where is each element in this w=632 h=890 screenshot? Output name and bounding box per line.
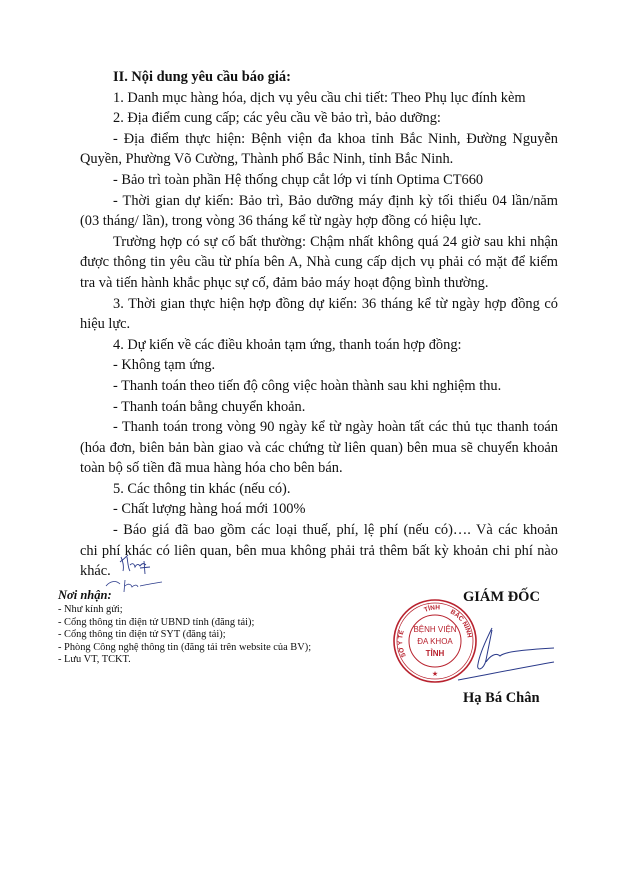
body-line: - Thời gian dự kiến: Bảo trì, Bảo dưỡng … (80, 191, 558, 212)
body-line: - Địa điểm thực hiện: Bệnh viện đa khoa … (80, 129, 558, 150)
signer-name: Hạ Bá Chân (463, 690, 540, 707)
director-signature (450, 622, 560, 682)
body-line: - Không tạm ứng. (80, 355, 558, 376)
body-line: (03 tháng/ lần), trong vòng 36 tháng kể … (80, 211, 558, 232)
body-line: 4. Dự kiến về các điều khoản tạm ứng, th… (80, 335, 558, 356)
stamp-outer-top: TỈNH (423, 603, 440, 613)
recipients-title: Nơi nhận: (58, 588, 311, 604)
stamp-star-icon: ★ (432, 670, 438, 678)
body-line: - Bảo trì toàn phần Hệ thống chụp cắt lớ… (80, 170, 558, 191)
recipient-item: - Phòng Công nghệ thông tin (đăng tải tr… (58, 642, 311, 655)
body-line: 5. Các thông tin khác (nếu có). (80, 479, 558, 500)
initials-signature (118, 553, 154, 575)
body-line: tra và tiến hành khắc phục sự cố, đảm bả… (80, 273, 558, 294)
body-line: 1. Danh mục hàng hóa, dịch vụ yêu cầu ch… (80, 88, 558, 109)
recipient-item: - Lưu VT, TCKT. (58, 654, 311, 667)
stamp-inner-line: ĐA KHOA (417, 637, 453, 646)
recipient-item: - Cổng thông tin điện tử SYT (đăng tải); (58, 629, 311, 642)
body-line: - Thanh toán trong vòng 90 ngày kể từ ng… (80, 417, 558, 438)
body-line: (hóa đơn, biên bản bàn giao và các chứng… (80, 438, 558, 459)
body-line: - Thanh toán theo tiến độ công việc hoàn… (80, 376, 558, 397)
body-line: Quyền, Phường Võ Cường, Thành phố Bắc Ni… (80, 149, 558, 170)
body-line: 3. Thời gian thực hiện hợp đồng dự kiến:… (80, 294, 558, 315)
recipients-block: Nơi nhận: - Như kính gửi;- Cổng thông ti… (58, 588, 311, 667)
svg-text:TỈNH: TỈNH (423, 603, 440, 613)
body-line: toàn bộ số tiền đã mua hàng hóa cho bên … (80, 458, 558, 479)
stamp-inner-line: TỈNH (426, 649, 445, 658)
quotation-requirements-section: II. Nội dung yêu cầu báo giá: 1. Danh mụ… (80, 67, 558, 582)
body-line: - Chất lượng hàng hoá mới 100% (80, 499, 558, 520)
body-line: Trường hợp có sự cố bất thường: Chậm nhấ… (80, 232, 558, 253)
recipient-item: - Cổng thông tin điện tử UBND tỉnh (đăng… (58, 617, 311, 630)
body-line: - Thanh toán bằng chuyển khoản. (80, 397, 558, 418)
body-line: được thông tin yêu cầu từ phía bên A, Nh… (80, 252, 558, 273)
recipients-list: - Như kính gửi;- Cổng thông tin điện tử … (58, 604, 311, 667)
recipient-item: - Như kính gửi; (58, 604, 311, 617)
section-heading: II. Nội dung yêu cầu báo giá: (80, 67, 558, 88)
document-page: II. Nội dung yêu cầu báo giá: 1. Danh mụ… (0, 0, 632, 890)
body-line: hiệu lực. (80, 314, 558, 335)
body-line: - Báo giá đã bao gồm các loại thuế, phí,… (80, 520, 558, 541)
body-line: 2. Địa điểm cung cấp; các yêu cầu về bảo… (80, 108, 558, 129)
